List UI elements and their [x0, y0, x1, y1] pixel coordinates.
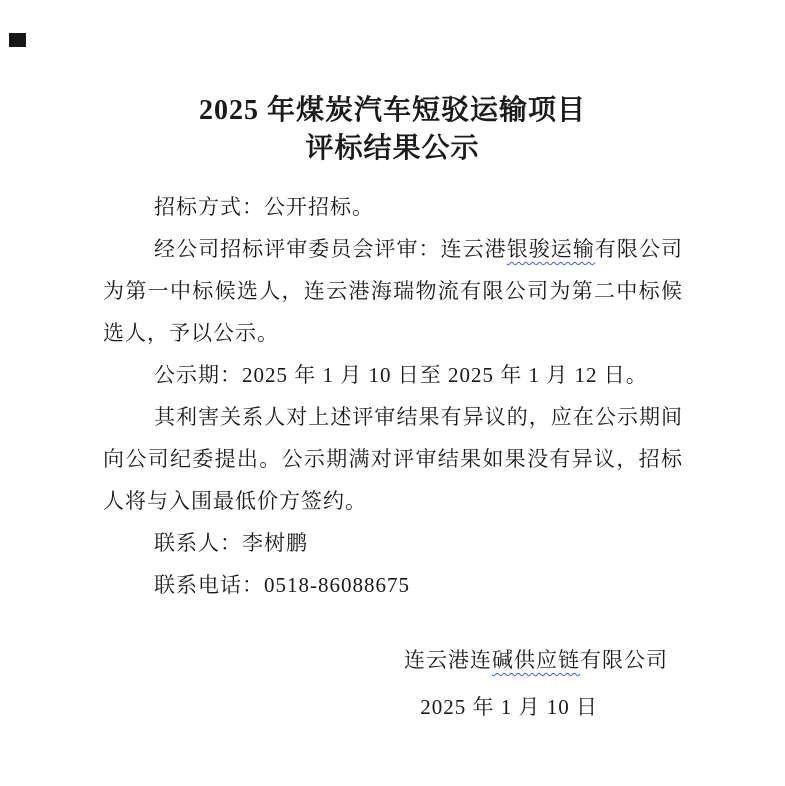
document-title: 2025 年煤炭汽车短驳运输项目 评标结果公示: [0, 0, 785, 168]
body-line-objection-2: 向公司纪委提出。公示期满对评审结果如果没有异议，招标: [103, 438, 682, 480]
company-name-pre: 连云港连: [404, 648, 492, 672]
title-line-1: 2025 年煤炭汽车短驳运输项目: [0, 92, 785, 130]
spellcheck-flagged-company-2: 碱供应链: [492, 648, 580, 672]
evaluation-text-post: 有限公司: [595, 237, 682, 261]
body-line-evaluation-3: 选人，予以公示。: [103, 312, 682, 354]
body-line-contact-phone: 联系电话：0518-86088675: [103, 564, 682, 606]
title-line-2: 评标结果公示: [0, 130, 785, 168]
body-line-evaluation-1: 经公司招标评审委员会评审：连云港银骏运输有限公司: [103, 228, 682, 270]
body-line-objection-1: 其利害关系人对上述评审结果有异议的，应在公示期间: [103, 396, 682, 438]
evaluation-text-pre: 经公司招标评审委员会评审：连云港: [154, 237, 507, 261]
body-line-objection-3: 人将与入围最低价方签约。: [103, 480, 682, 522]
body-line-publicity-period: 公示期：2025 年 1 月 10 日至 2025 年 1 月 12 日。: [103, 354, 682, 396]
company-name-post: 有限公司: [580, 648, 668, 672]
signature-block: 连云港连碱供应链有限公司 2025 年 1 月 10 日: [0, 639, 785, 728]
signature-company-name: 连云港连碱供应链有限公司: [0, 639, 785, 681]
signature-date: 2025 年 1 月 10 日: [0, 686, 785, 728]
scan-artifact-square: [9, 33, 26, 47]
body-line-contact-person: 联系人：李树鹏: [103, 522, 682, 564]
body-line-evaluation-2: 为第一中标候选人，连云港海瑞物流有限公司为第二中标候: [103, 270, 682, 312]
spellcheck-flagged-company-1: 银骏运输: [507, 237, 595, 261]
body-line-tender-method: 招标方式：公开招标。: [103, 186, 682, 228]
document-page: 2025 年煤炭汽车短驳运输项目 评标结果公示 招标方式：公开招标。 经公司招标…: [0, 0, 785, 786]
document-body: 招标方式：公开招标。 经公司招标评审委员会评审：连云港银骏运输有限公司 为第一中…: [103, 186, 682, 606]
